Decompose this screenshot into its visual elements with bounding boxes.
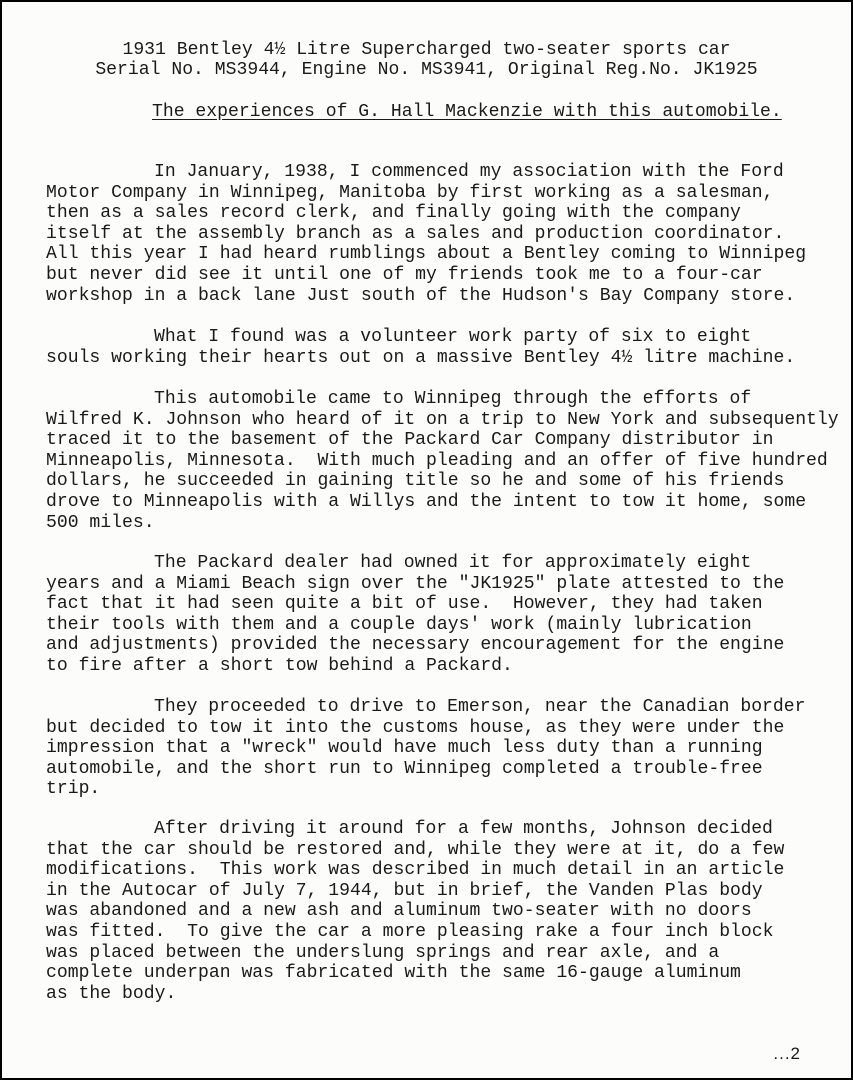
paragraph-line: This automobile came to Winnipeg through… bbox=[46, 389, 839, 410]
paragraph-line: was abandoned and a new ash and aluminum… bbox=[46, 901, 784, 922]
paragraph-line: souls working their hearts out on a mass… bbox=[46, 348, 795, 369]
paragraph-line: complete underpan was fabricated with th… bbox=[46, 963, 784, 984]
paragraph-line: trip. bbox=[46, 779, 805, 800]
paragraph-line: and adjustments) provided the necessary … bbox=[46, 635, 784, 656]
paragraph-line: traced it to the basement of the Packard… bbox=[46, 430, 839, 451]
paragraph-line: 500 miles. bbox=[46, 513, 839, 534]
paragraph-line: but never did see it until one of my fri… bbox=[46, 265, 806, 286]
paragraph-line: impression that a "wreck" would have muc… bbox=[46, 738, 805, 759]
document-subtitle: The experiences of G. Hall Mackenzie wit… bbox=[152, 102, 782, 122]
paragraph-line: in the Autocar of July 7, 1944, but in b… bbox=[46, 881, 784, 902]
paragraph-line: then as a sales record clerk, and finall… bbox=[46, 203, 806, 224]
paragraph-line: They proceeded to drive to Emerson, near… bbox=[46, 697, 805, 718]
page-continuation-marker: ...2 bbox=[773, 1044, 801, 1064]
paragraph-line: Motor Company in Winnipeg, Manitoba by f… bbox=[46, 183, 806, 204]
paragraph-line: their tools with them and a couple days'… bbox=[46, 615, 784, 636]
paragraph-line: to fire after a short tow behind a Packa… bbox=[46, 656, 784, 677]
paragraph-line: In January, 1938, I commenced my associa… bbox=[46, 162, 806, 183]
paragraph-line: years and a Miami Beach sign over the "J… bbox=[46, 574, 784, 595]
paragraph-line: drove to Minneapolis with a Willys and t… bbox=[46, 492, 839, 513]
paragraph-line: as the body. bbox=[46, 984, 784, 1005]
paragraph-line: fact that it had seen quite a bit of use… bbox=[46, 594, 784, 615]
paragraph-line: was fitted. To give the car a more pleas… bbox=[46, 922, 784, 943]
paragraph-line: but decided to tow it into the customs h… bbox=[46, 718, 805, 739]
paragraph-6: After driving it around for a few months… bbox=[46, 819, 784, 1004]
paragraph-line: After driving it around for a few months… bbox=[46, 819, 784, 840]
paragraph-line: itself at the assembly branch as a sales… bbox=[46, 224, 806, 245]
paragraph-line: workshop in a back lane Just south of th… bbox=[46, 286, 806, 307]
paragraph-line: All this year I had heard rumblings abou… bbox=[46, 244, 806, 265]
document-title-line-1: 1931 Bentley 4½ Litre Supercharged two-s… bbox=[2, 40, 851, 60]
paragraph-line: Minneapolis, Minnesota. With much pleadi… bbox=[46, 451, 839, 472]
paragraph-line: The Packard dealer had owned it for appr… bbox=[46, 553, 784, 574]
paragraph-5: They proceeded to drive to Emerson, near… bbox=[46, 697, 805, 800]
paragraph-2: What I found was a volunteer work party … bbox=[46, 327, 795, 368]
paragraph-4: The Packard dealer had owned it for appr… bbox=[46, 553, 784, 677]
paragraph-line: dollars, he succeeded in gaining title s… bbox=[46, 471, 839, 492]
paragraph-line: modifications. This work was described i… bbox=[46, 860, 784, 881]
paragraph-line: that the car should be restored and, whi… bbox=[46, 840, 784, 861]
paragraph-line: automobile, and the short run to Winnipe… bbox=[46, 759, 805, 780]
paragraph-1: In January, 1938, I commenced my associa… bbox=[46, 162, 806, 306]
paragraph-line: What I found was a volunteer work party … bbox=[46, 327, 795, 348]
paragraph-line: was placed between the underslung spring… bbox=[46, 943, 784, 964]
document-title-line-2: Serial No. MS3944, Engine No. MS3941, Or… bbox=[2, 60, 851, 80]
document-subtitle-text: The experiences of G. Hall Mackenzie wit… bbox=[152, 102, 782, 122]
paragraph-3: This automobile came to Winnipeg through… bbox=[46, 389, 839, 533]
paragraph-line: Wilfred K. Johnson who heard of it on a … bbox=[46, 410, 839, 431]
document-page: 1931 Bentley 4½ Litre Supercharged two-s… bbox=[0, 0, 853, 1080]
